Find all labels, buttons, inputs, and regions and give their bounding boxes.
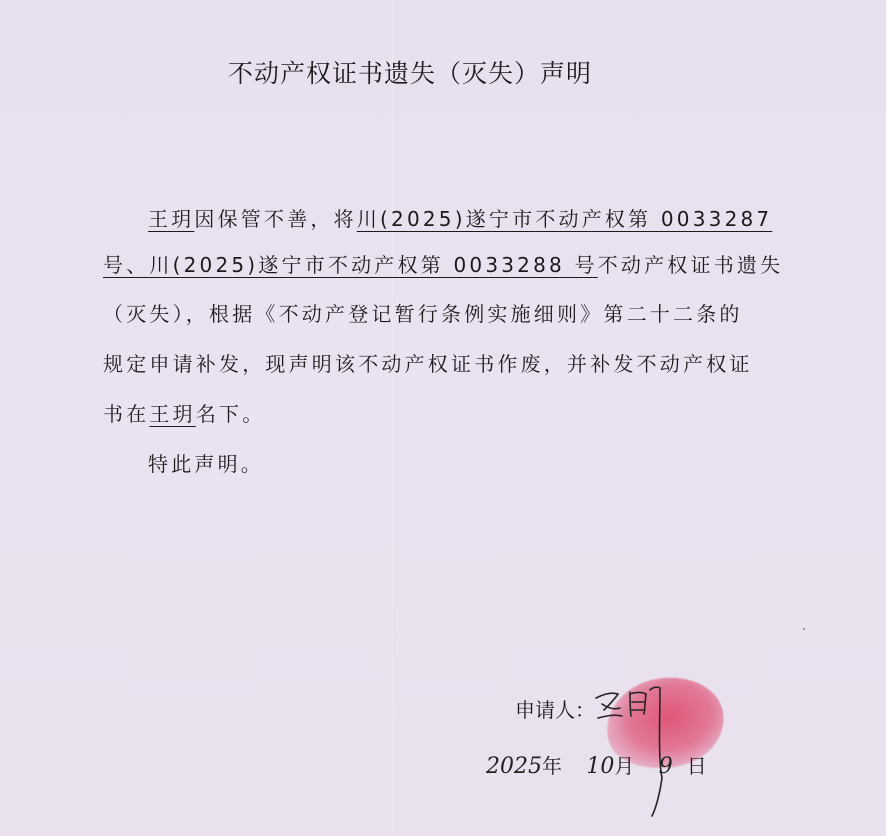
body-line-5: 书在王玥名下。: [103, 398, 265, 427]
month-unit: 月: [614, 754, 634, 778]
document-page: 不动产权证书遗失（灭失）声明 王玥因保管不善，将川(2025)遂宁市不动产权第 …: [0, 0, 886, 836]
body-text: 名下。: [196, 402, 266, 426]
paper-speck: [803, 628, 805, 630]
body-line-2: 号、川(2025)遂宁市不动产权第 0033288 号不动产权证书遗失: [103, 249, 783, 278]
closing-statement: 特此声明。: [148, 448, 264, 477]
body-text: 因保管不善，将: [194, 207, 356, 231]
certificate-number-1: 川(2025)遂宁市不动产权第 0033287: [357, 207, 773, 231]
body-line-1: 王玥因保管不善，将川(2025)遂宁市不动产权第 0033287: [148, 203, 772, 232]
date-day: 9: [659, 754, 673, 779]
applicant-label: 申请人：: [515, 694, 595, 723]
date-month: 10: [586, 754, 614, 779]
date-year: 2025: [486, 754, 542, 779]
handwritten-signature: [590, 678, 710, 818]
applicant-name: 王玥: [149, 402, 195, 426]
certificate-number-2: 川(2025)遂宁市不动产权第 0033288 号: [149, 253, 597, 277]
day-unit: 日: [687, 754, 707, 778]
signature-date: 2025年 10月 9日: [486, 750, 707, 779]
body-line-4: 规定申请补发，现声明该不动产权证书作废，并补发不动产权证: [103, 348, 753, 377]
applicant-name: 王玥: [148, 207, 194, 231]
page-fold-line: [392, 0, 393, 836]
document-title: 不动产权证书遗失（灭失）声明: [228, 54, 592, 90]
body-text: 书在: [103, 402, 149, 426]
certificate-number-1-suffix: 号、: [103, 253, 149, 277]
body-text: 不动产权证书遗失: [598, 253, 784, 277]
year-unit: 年: [542, 754, 562, 778]
body-line-3: （灭失），根据《不动产登记暂行条例实施细则》第二十二条的: [103, 298, 743, 327]
